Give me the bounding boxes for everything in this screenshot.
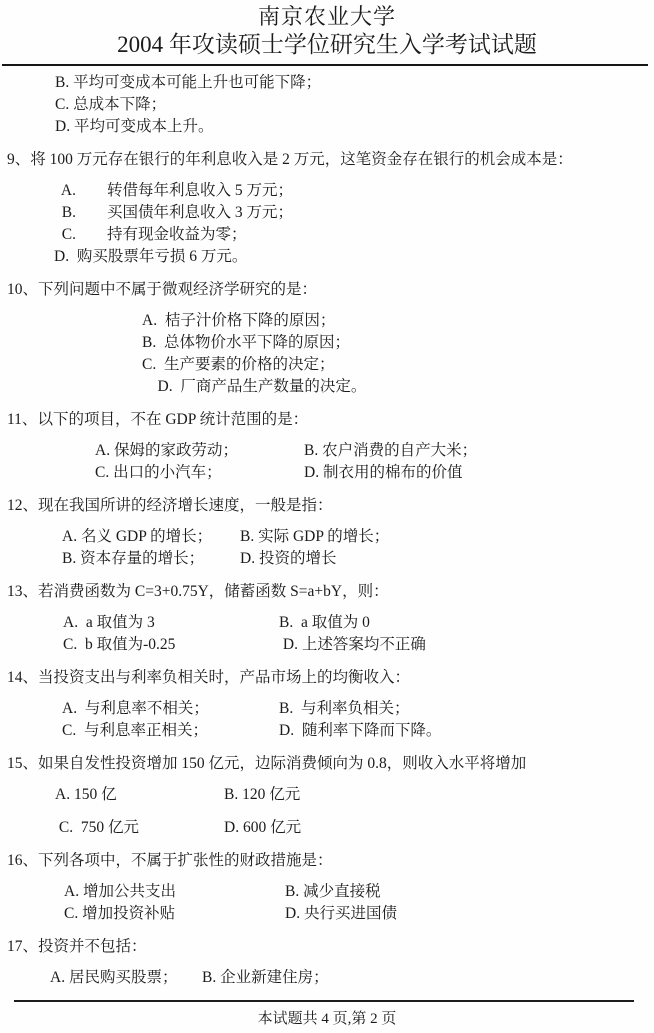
option-cell: A. 居民购买股票；	[50, 967, 202, 989]
option-cell: C. 出口的小汽车；	[95, 462, 304, 484]
carryover-option: B. 平均可变成本可能上升也可能下降；	[55, 72, 650, 94]
question-number: 14、	[7, 669, 38, 686]
question-stem: 16、下列各项中，不属于扩张性的财政措施是：	[7, 849, 650, 872]
option-cell: D. 600 亿元	[224, 819, 301, 836]
option-cell: A. 与利息率不相关；	[62, 698, 279, 720]
option-row: A. 桔子汁价格下降的原因；	[142, 310, 650, 332]
question-block: 14、当投资支出与利率负相关时，产品市场上的均衡收入：A. 与利息率不相关；B.…	[7, 666, 650, 742]
options-group: A. 转借每年利息收入 5 万元； B. 买国债年利息收入 3 万元； C. 持…	[7, 180, 650, 268]
question-text: 将 100 万元存在银行的年利息收入是 2 万元，这笔资金存在银行的机会成本是：	[30, 151, 573, 168]
question-block: 9、将 100 万元存在银行的年利息收入是 2 万元，这笔资金存在银行的机会成本…	[7, 148, 650, 268]
question-text: 以下的项目，不在 GDP 统计范围的是：	[37, 411, 308, 428]
options-group: A. 桔子汁价格下降的原因；B. 总体物价水平下降的原因；C. 生产要素的价格的…	[7, 310, 650, 398]
option-cell: B. 企业新建住房；	[202, 969, 329, 986]
option-cell: D. 制衣用的棉布的价值	[304, 464, 462, 481]
options-group: A. 150 亿B. 120 亿元 C. 750 亿元D. 600 亿元	[7, 784, 650, 839]
option-cell: C. 持有现金收益为零；	[54, 226, 246, 243]
option-cell: A. 名义 GDP 的增长；	[62, 526, 240, 548]
exam-title: 2004 年攻读硕士学位研究生入学考试试题	[0, 30, 654, 60]
page-number: 本试题共 4 页,第 2 页	[0, 1008, 654, 1030]
option-row: B. 总体物价水平下降的原因；	[142, 332, 650, 354]
option-row: C. 生产要素的价格的决定；	[142, 354, 650, 376]
option-row: A. 居民购买股票；B. 企业新建住房；	[50, 967, 650, 989]
option-cell: D. 厂商产品生产数量的决定。	[142, 378, 366, 395]
footer-divider	[14, 1000, 634, 1002]
question-number: 9、	[7, 151, 30, 168]
question-number: 16、	[7, 852, 38, 869]
option-cell: C. 750 亿元	[55, 817, 224, 839]
question-text: 下列各项中，不属于扩张性的财政措施是：	[38, 852, 333, 869]
question-block: 10、下列问题中不属于微观经济学研究的是：A. 桔子汁价格下降的原因；B. 总体…	[7, 278, 650, 398]
option-cell: A. 保姆的家政劳动；	[95, 440, 304, 462]
option-row: C. b 取值为-0.25 D. 上述答案均不正确	[63, 634, 650, 656]
option-row: D. 购买股票年亏损 6 万元。	[54, 246, 650, 268]
question-text: 投资并不包括：	[38, 938, 147, 955]
options-group: A. 名义 GDP 的增长；B. 实际 GDP 的增长；B. 资本存量的增长；D…	[7, 526, 650, 570]
option-cell: D. 随利率下降而下降。	[279, 722, 441, 739]
option-cell: A. a 取值为 3	[63, 612, 279, 634]
option-cell: A. 增加公共支出	[64, 881, 285, 903]
university-title: 南京农业大学	[0, 4, 654, 30]
question-stem: 14、当投资支出与利率负相关时，产品市场上的均衡收入：	[7, 666, 650, 689]
page-header: 南京农业大学 2004 年攻读硕士学位研究生入学考试试题	[0, 0, 654, 60]
option-row: C. 出口的小汽车；D. 制衣用的棉布的价值	[95, 462, 650, 484]
option-row: A. 保姆的家政劳动；B. 农户消费的自产大米；	[95, 440, 650, 462]
question-stem: 9、将 100 万元存在银行的年利息收入是 2 万元，这笔资金存在银行的机会成本…	[7, 148, 650, 171]
option-cell: D. 投资的增长	[240, 550, 336, 567]
question-block: 17、投资并不包括：A. 居民购买股票；B. 企业新建住房；	[7, 935, 650, 989]
question-block: 13、若消费函数为 C=3+0.75Y，储蓄函数 S=a+bY，则：A. a 取…	[7, 580, 650, 656]
option-cell: A. 转借每年利息收入 5 万元；	[54, 182, 293, 199]
header-divider	[2, 64, 648, 66]
option-cell: C. 增加投资补贴	[64, 903, 285, 925]
page-footer: 本试题共 4 页,第 2 页	[0, 1000, 654, 1033]
options-group: A. 增加公共支出B. 减少直接税C. 增加投资补贴D. 央行买进国债	[7, 881, 650, 925]
option-row: A. 150 亿B. 120 亿元	[55, 784, 650, 806]
option-row: A. 与利息率不相关；B. 与利率负相关；	[62, 698, 650, 720]
question-text: 如果自发性投资增加 150 亿元，边际消费倾向为 0.8，则收入水平将增加	[38, 755, 526, 772]
option-cell: C. 生产要素的价格的决定；	[142, 356, 334, 373]
option-cell: A. 桔子汁价格下降的原因；	[142, 312, 335, 329]
question-block: 11、以下的项目，不在 GDP 统计范围的是：A. 保姆的家政劳动；B. 农户消…	[7, 408, 650, 484]
option-cell: C. 与利息率正相关；	[62, 720, 279, 742]
questions-list: 9、将 100 万元存在银行的年利息收入是 2 万元，这笔资金存在银行的机会成本…	[7, 148, 650, 989]
question-number: 10、	[7, 281, 38, 298]
option-cell: B. a 取值为 0	[279, 614, 370, 631]
question-text: 当投资支出与利率负相关时，产品市场上的均衡收入：	[38, 669, 410, 686]
question-block: 15、如果自发性投资增加 150 亿元，边际消费倾向为 0.8，则收入水平将增加…	[7, 752, 650, 839]
option-row: A. a 取值为 3B. a 取值为 0	[63, 612, 650, 634]
option-row: A. 名义 GDP 的增长；B. 实际 GDP 的增长；	[62, 526, 650, 548]
options-group: A. 与利息率不相关；B. 与利率负相关；C. 与利息率正相关；D. 随利率下降…	[7, 698, 650, 742]
option-cell: D. 购买股票年亏损 6 万元。	[54, 248, 247, 265]
option-cell: B. 120 亿元	[224, 786, 300, 803]
question-text: 下列问题中不属于微观经济学研究的是：	[38, 281, 317, 298]
option-cell: B. 减少直接税	[285, 883, 381, 900]
option-row: A. 转借每年利息收入 5 万元；	[54, 180, 650, 202]
option-cell: B. 资本存量的增长；	[62, 548, 240, 570]
question-stem: 10、下列问题中不属于微观经济学研究的是：	[7, 278, 650, 301]
carryover-option: D. 平均可变成本上升。	[55, 116, 650, 138]
question-stem: 17、投资并不包括：	[7, 935, 650, 958]
option-row: C. 增加投资补贴D. 央行买进国债	[64, 903, 650, 925]
exam-page: 南京农业大学 2004 年攻读硕士学位研究生入学考试试题 B. 平均可变成本可能…	[0, 0, 654, 1033]
option-row: C. 持有现金收益为零；	[54, 224, 650, 246]
question-number: 12、	[7, 497, 38, 514]
option-cell: B. 买国债年利息收入 3 万元；	[54, 204, 293, 221]
option-cell: D. 央行买进国债	[285, 905, 397, 922]
option-cell: A. 150 亿	[55, 784, 224, 806]
option-cell: B. 农户消费的自产大米；	[304, 442, 477, 459]
question-number: 17、	[7, 938, 38, 955]
option-cell: B. 与利率负相关；	[279, 700, 409, 717]
option-cell: C. b 取值为-0.25	[63, 634, 279, 656]
option-row: B. 买国债年利息收入 3 万元；	[54, 202, 650, 224]
options-group: A. a 取值为 3B. a 取值为 0C. b 取值为-0.25 D. 上述答…	[7, 612, 650, 656]
options-group: A. 保姆的家政劳动；B. 农户消费的自产大米；C. 出口的小汽车；D. 制衣用…	[7, 440, 650, 484]
option-row: C. 750 亿元D. 600 亿元	[55, 817, 650, 839]
option-row: D. 厂商产品生产数量的决定。	[142, 376, 650, 398]
option-row: A. 增加公共支出B. 减少直接税	[64, 881, 650, 903]
option-cell: B. 实际 GDP 的增长；	[240, 528, 389, 545]
question-block: 16、下列各项中，不属于扩张性的财政措施是：A. 增加公共支出B. 减少直接税C…	[7, 849, 650, 925]
options-group: A. 居民购买股票；B. 企业新建住房；	[7, 967, 650, 989]
question-stem: 13、若消费函数为 C=3+0.75Y，储蓄函数 S=a+bY，则：	[7, 580, 650, 603]
question-number: 11、	[7, 411, 37, 428]
question-stem: 12、现在我国所讲的经济增长速度，一般是指：	[7, 494, 650, 517]
question-number: 15、	[7, 755, 38, 772]
question-stem: 15、如果自发性投资增加 150 亿元，边际消费倾向为 0.8，则收入水平将增加	[7, 752, 650, 775]
question-text: 若消费函数为 C=3+0.75Y，储蓄函数 S=a+bY，则：	[38, 583, 389, 600]
carryover-options: B. 平均可变成本可能上升也可能下降；C. 总成本下降；D. 平均可变成本上升。	[7, 72, 650, 138]
option-row: C. 与利息率正相关；D. 随利率下降而下降。	[62, 720, 650, 742]
question-block: 12、现在我国所讲的经济增长速度，一般是指：A. 名义 GDP 的增长；B. 实…	[7, 494, 650, 570]
carryover-option: C. 总成本下降；	[55, 94, 650, 116]
exam-content: B. 平均可变成本可能上升也可能下降；C. 总成本下降；D. 平均可变成本上升。…	[0, 72, 654, 989]
option-row: B. 资本存量的增长；D. 投资的增长	[62, 548, 650, 570]
question-text: 现在我国所讲的经济增长速度，一般是指：	[38, 497, 333, 514]
option-cell: B. 总体物价水平下降的原因；	[142, 334, 350, 351]
option-cell: D. 上述答案均不正确	[279, 636, 426, 653]
question-number: 13、	[7, 583, 38, 600]
question-stem: 11、以下的项目，不在 GDP 统计范围的是：	[7, 408, 650, 431]
